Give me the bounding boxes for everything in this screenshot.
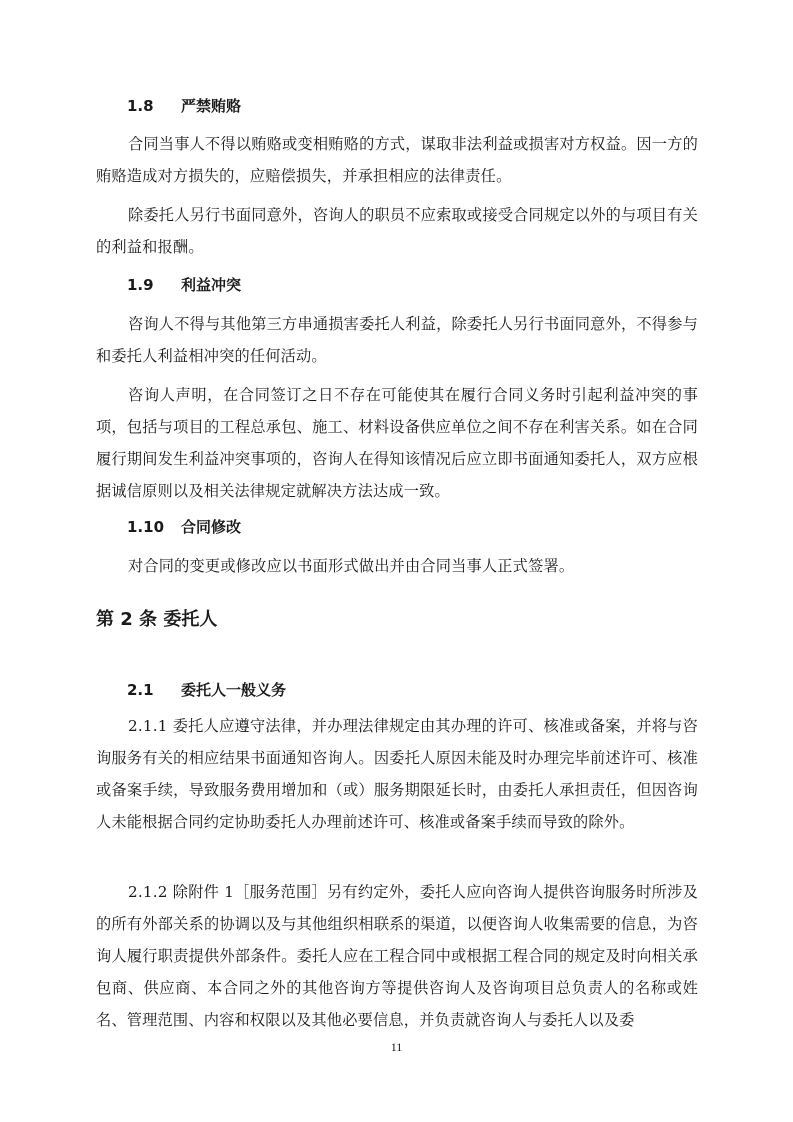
clause-2-1-2: 2.1.2 除附件 1［服务范围］另有约定外，委托人应向咨询人提供咨询服务时所涉… xyxy=(96,876,698,1036)
paragraph: 对合同的变更或修改应以书面形式做出并由合同当事人正式签署。 xyxy=(96,550,698,582)
section-title: 利益冲突 xyxy=(181,276,241,294)
section-heading-2-1: 2.1委托人一般义务 xyxy=(127,680,286,700)
section-title: 委托人一般义务 xyxy=(181,681,286,699)
section-number: 2.1 xyxy=(127,680,181,700)
section-number: 1.8 xyxy=(127,96,181,116)
article-heading: 第 2 条 委托人 xyxy=(96,608,217,632)
section-heading-1-9: 1.9利益冲突 xyxy=(127,275,241,295)
section-title: 严禁贿赂 xyxy=(181,97,241,115)
clause-2-1-1: 2.1.1 委托人应遵守法律，并办理法律规定由其办理的许可、核准或备案，并将与咨… xyxy=(96,710,698,838)
paragraph: 咨询人声明，在合同签订之日不存在可能使其在履行合同义务时引起利益冲突的事项，包括… xyxy=(96,379,698,507)
section-heading-1-10: 1.10合同修改 xyxy=(127,517,241,537)
paragraph: 除委托人另行书面同意外，咨询人的职员不应索取或接受合同规定以外的与项目有关的利益… xyxy=(96,199,698,263)
paragraph: 咨询人不得与其他第三方串通损害委托人利益，除委托人另行书面同意外，不得参与和委托… xyxy=(96,308,698,372)
paragraph: 合同当事人不得以贿赂或变相贿赂的方式，谋取非法利益或损害对方权益。因一方的贿赂造… xyxy=(96,128,698,192)
section-heading-1-8: 1.8严禁贿赂 xyxy=(127,96,241,116)
section-number: 1.10 xyxy=(127,517,181,537)
document-page: 1.8严禁贿赂 合同当事人不得以贿赂或变相贿赂的方式，谋取非法利益或损害对方权益… xyxy=(0,0,793,1122)
page-number: 11 xyxy=(0,1040,793,1055)
section-title: 合同修改 xyxy=(181,518,241,536)
section-number: 1.9 xyxy=(127,275,181,295)
